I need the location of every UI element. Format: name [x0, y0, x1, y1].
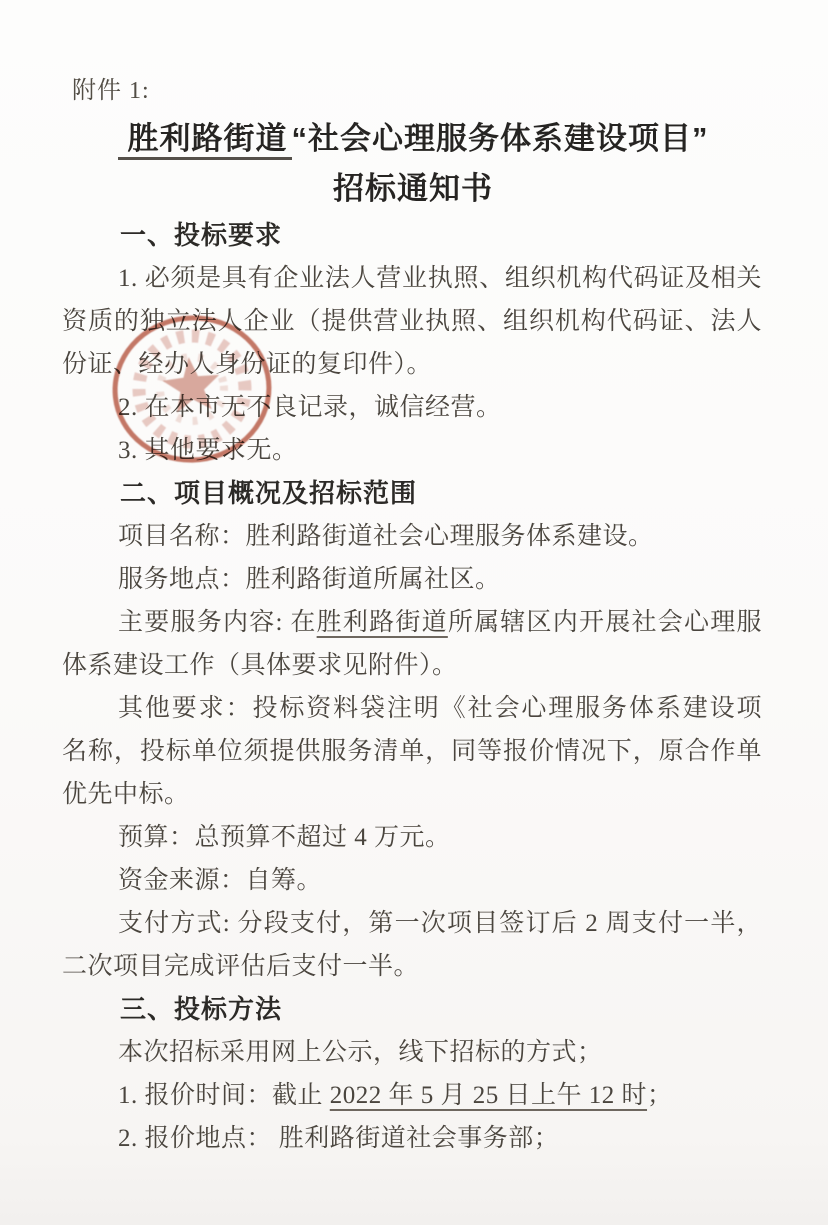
text-segment: 2. 在本市无不良记录，诚信经营。: [118, 394, 502, 421]
underlined-text: 胜利路街道: [317, 609, 448, 636]
text-segment: 项目名称：胜利路街道社会心理服务体系建设。: [118, 523, 654, 550]
text-segment: 优先中标。: [62, 781, 190, 808]
title-line-2: 招标通知书: [60, 164, 766, 214]
text-segment: 本次招标采用网上公示，线下招标的方式；: [118, 1039, 603, 1066]
doc-line: 资质的独立法人企业（提供营业执照、组织机构代码证、法人身: [62, 300, 762, 343]
doc-line: 体系建设工作（具体要求见附件）。: [62, 644, 762, 687]
document-title: 胜利路街道“社会心理服务体系建设项目” 招标通知书: [60, 114, 766, 214]
doc-line: 优先中标。: [62, 773, 762, 816]
text-segment: 二次项目完成评估后支付一半。: [62, 953, 419, 980]
doc-line: 份证、经办人身份证的复印件）。: [62, 343, 762, 386]
attachment-label: 附件 1:: [72, 70, 150, 105]
text-segment: 二、项目概况及招标范围: [120, 478, 417, 508]
text-segment: 主要服务内容: 在: [118, 609, 317, 636]
doc-line: 主要服务内容: 在胜利路街道所属辖区内开展社会心理服务: [62, 601, 762, 644]
text-segment: 一、投标要求: [120, 220, 282, 250]
doc-line: 预算：总预算不超过 4 万元。: [62, 816, 762, 859]
underlined-text: 2022 年 5 月 25 日上午 12 时: [330, 1082, 647, 1109]
text-segment: 2. 报价地点： 胜利路街道社会事务部；: [118, 1125, 559, 1152]
doc-line: 1. 报价时间：截止 2022 年 5 月 25 日上午 12 时；: [62, 1074, 762, 1117]
section-heading: 一、投标要求: [62, 214, 762, 257]
doc-line: 2. 在本市无不良记录，诚信经营。: [62, 386, 762, 429]
doc-line: 二次项目完成评估后支付一半。: [62, 945, 762, 988]
text-segment: 预算：总预算不超过 4 万元。: [118, 824, 451, 851]
doc-line: 2. 报价地点： 胜利路街道社会事务部；: [62, 1117, 762, 1160]
doc-line: 1. 必须是具有企业法人营业执照、组织机构代码证及相关: [62, 257, 762, 300]
text-segment: 名称，投标单位须提供服务清单，同等报价情况下，原合作单位: [62, 738, 762, 773]
section-heading: 二、项目概况及招标范围: [62, 472, 762, 515]
text-segment: 1. 必须是具有企业法人营业执照、组织机构代码证及相关: [118, 265, 762, 292]
text-segment: 资金来源：自筹。: [118, 867, 322, 894]
doc-line: 3. 其他要求无。: [62, 429, 762, 472]
title-rest-part: “社会心理服务体系建设项目”: [292, 121, 709, 156]
text-segment: 支付方式: 分段支付，第一次项目签订后 2 周支付一半，第: [62, 910, 762, 945]
title-line-1: 胜利路街道“社会心理服务体系建设项目”: [60, 114, 766, 164]
text-segment: 资质的独立法人企业（提供营业执照、组织机构代码证、法人身: [62, 308, 762, 343]
doc-line: 其他要求：投标资料袋注明《社会心理服务体系建设项目》: [62, 687, 762, 730]
text-segment: 3. 其他要求无。: [118, 437, 298, 464]
text-segment: 服务地点：胜利路街道所属社区。: [118, 566, 501, 593]
document-page: 附件 1: 胜利路街道“社会心理服务体系建设项目” 招标通知书 一、投标要求1.…: [0, 0, 828, 1225]
doc-line: 项目名称：胜利路街道社会心理服务体系建设。: [62, 515, 762, 558]
doc-line: 资金来源：自筹。: [62, 859, 762, 902]
document-body: 一、投标要求1. 必须是具有企业法人营业执照、组织机构代码证及相关资质的独立法人…: [62, 214, 762, 1160]
doc-line: 本次招标采用网上公示，线下招标的方式；: [62, 1031, 762, 1074]
text-segment: 其他要求：投标资料袋注明《社会心理服务体系建设项目》: [62, 695, 762, 730]
section-heading: 三、投标方法: [62, 988, 762, 1031]
doc-line: 服务地点：胜利路街道所属社区。: [62, 558, 762, 601]
text-segment: 份证、经办人身份证的复印件）。: [62, 351, 432, 378]
doc-line: 名称，投标单位须提供服务清单，同等报价情况下，原合作单位: [62, 730, 762, 773]
text-segment: 体系建设工作（具体要求见附件）。: [62, 652, 458, 679]
text-segment: 三、投标方法: [120, 994, 282, 1024]
title-underlined-part: 胜利路街道: [118, 121, 292, 160]
text-segment: ；: [647, 1082, 673, 1109]
doc-line: 支付方式: 分段支付，第一次项目签订后 2 周支付一半，第: [62, 902, 762, 945]
text-segment: 1. 报价时间：截止: [118, 1082, 330, 1109]
